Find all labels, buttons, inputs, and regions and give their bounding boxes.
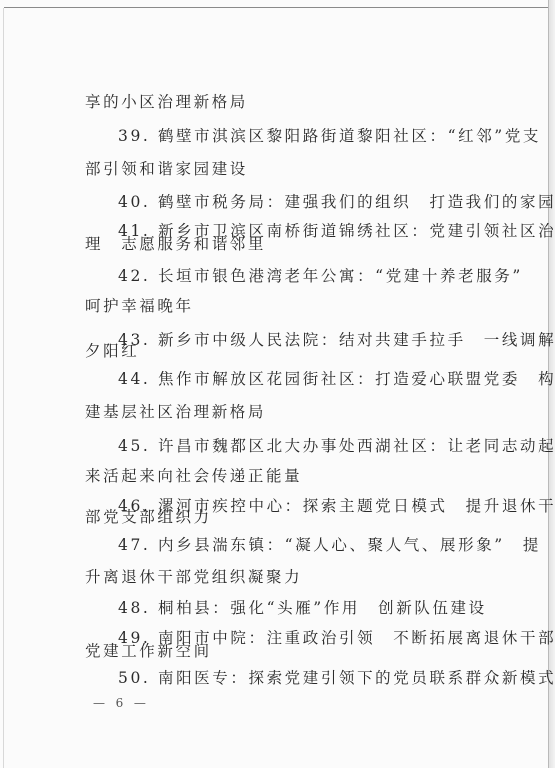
list-item-48: 48. 桐柏县：强化“头雁”作用 创新队伍建设 bbox=[118, 598, 487, 618]
text-line: 部引领和谐家园建设 bbox=[85, 159, 248, 179]
list-item-47: 47. 内乡县湍东镇：“凝人心、聚人气、展形象” 提 bbox=[118, 535, 541, 555]
list-item-40: 40. 鹤壁市税务局：建强我们的组织 打造我们的家园 bbox=[118, 192, 555, 212]
list-item-44: 44. 焦作市解放区花园街社区：打造爱心联盟党委 构 bbox=[118, 369, 555, 389]
text-line: 升离退休干部党组织凝聚力 bbox=[85, 567, 302, 587]
list-item-50: 50. 南阳医专：探索党建引领下的党员联系群众新模式 bbox=[118, 668, 555, 688]
list-item-45: 45. 许昌市魏都区北大办事处西湖社区：让老同志动起 bbox=[118, 436, 555, 456]
text-line: 夕阳红 bbox=[85, 341, 139, 361]
scanned-page: 享的小区治理新格局 39. 鹤壁市淇滨区黎阳路街道黎阳社区：“红邻”党支 部引领… bbox=[0, 0, 555, 768]
text-line: 党建工作新空间 bbox=[85, 641, 212, 661]
text-line: 享的小区治理新格局 bbox=[85, 92, 248, 112]
text-line: 理 志愿服务和谐邻里 bbox=[85, 234, 266, 254]
page-number: — 6 — bbox=[93, 696, 147, 710]
text-line: 部党支部组织力 bbox=[85, 507, 212, 527]
text-line: 来活起来向社会传递正能量 bbox=[85, 466, 302, 486]
document-body: 享的小区治理新格局 39. 鹤壁市淇滨区黎阳路街道黎阳社区：“红邻”党支 部引领… bbox=[0, 0, 555, 768]
list-item-43: 43. 新乡市中级人民法院：结对共建手拉手 一线调解 bbox=[118, 330, 555, 350]
list-item-42: 42. 长垣市银色港湾老年公寓：“党建十养老服务” bbox=[118, 266, 523, 286]
text-line: 呵护幸福晚年 bbox=[85, 296, 194, 316]
list-item-39: 39. 鹤壁市淇滨区黎阳路街道黎阳社区：“红邻”党支 bbox=[118, 126, 541, 146]
text-line: 建基层社区治理新格局 bbox=[85, 402, 266, 422]
